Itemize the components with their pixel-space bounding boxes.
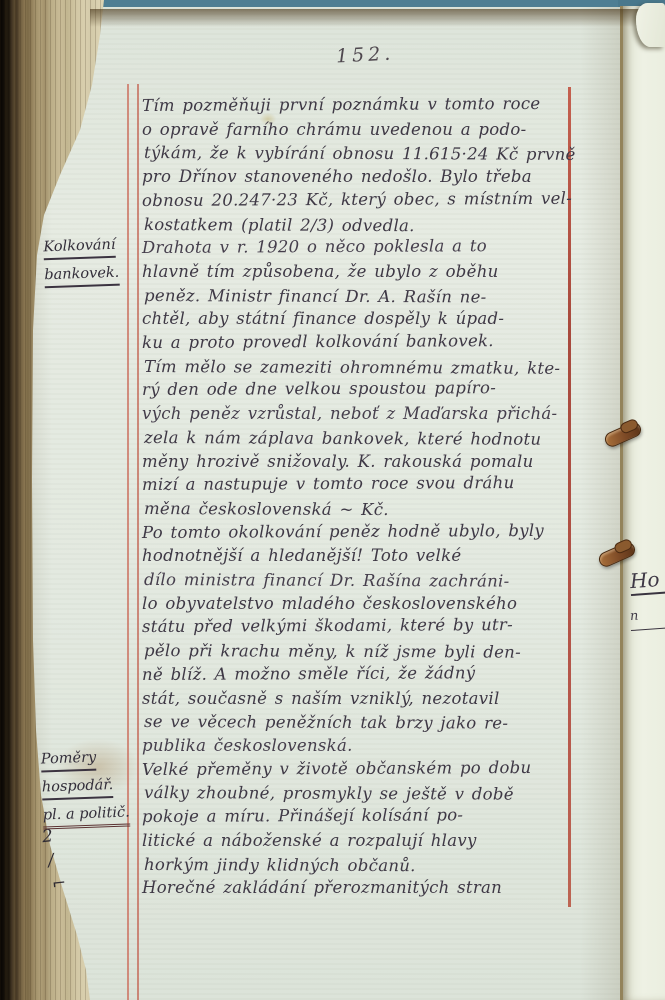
handwritten-line: stát, současně s naším vzniklý, nezotavi…: [142, 687, 568, 711]
scanned-chronicle-photo: 2∕⌐ Hon 152. Kolkováníbankovek. Poměryho…: [0, 0, 665, 1000]
handwritten-line: horkým jindy klidných občanů.: [144, 853, 568, 879]
handwritten-line: hodnotnější a hledanější! Toto velké: [142, 544, 568, 568]
page-top-edge-shadow: [90, 9, 665, 27]
handwritten-line: měny hrozivě snižovaly. K. rakouská poma…: [142, 450, 568, 474]
next-page-margin-note-fragment: Hon: [630, 566, 665, 637]
handwriting-block: Tím pozměňuji první poznámku v tomto roc…: [142, 94, 568, 900]
margin-note-line: hospodář.: [42, 775, 114, 800]
handwritten-line: chtěl, aby státní finance dospěly k úpad…: [142, 307, 568, 331]
note-fragment-line: Ho: [630, 566, 665, 596]
margin-note-line: bankovek.: [44, 263, 120, 289]
handwritten-line: vých peněz vzrůstal, neboť z Maďarska př…: [142, 402, 568, 426]
margin-note-pomery-hospodarske: Poměryhospodář.pl. a politič.: [41, 747, 131, 835]
previous-page-ink-marks: 2∕⌐: [42, 824, 66, 896]
page-corner-curl: [636, 3, 665, 47]
margin-note-kolkovani-bankovek: Kolkováníbankovek.: [43, 235, 120, 294]
edge-mark: ∕: [47, 847, 68, 873]
handwritten-line: pro Dřínov stanoveného nedošlo. Bylo tře…: [142, 165, 568, 189]
left-margin-rule: [127, 84, 139, 1000]
handwritten-line: publika československá.: [142, 734, 568, 758]
handwritten-line: Horečné zakládání přerozmanitých stran: [142, 876, 568, 900]
handwritten-line: dílo ministra financí Dr. Rašína zachrán…: [144, 568, 568, 594]
margin-note-line: Kolkování: [43, 235, 116, 261]
margin-note-line: pl. a politič.: [42, 802, 130, 829]
handwritten-line: lo obyvatelstvo mladého československého: [142, 592, 568, 616]
handwritten-line: hlavně tím způsobena, že ubylo z oběhu: [142, 260, 568, 284]
handwritten-line: ně blíž. A možno směle říci, že žádný: [142, 661, 568, 687]
page-number: 152.: [335, 42, 394, 67]
handwritten-line: se ve věcech peněžních tak brzy jako re-: [144, 710, 568, 736]
handwritten-line: litické a náboženské a rozpalují hlavy: [142, 829, 568, 853]
handwritten-line: Po tomto okolkování peněz hodně ubylo, b…: [142, 518, 568, 544]
handwritten-line: Tím pozměňuji první poznámku v tomto roc…: [142, 92, 568, 118]
margin-note-line: Poměry: [41, 748, 97, 773]
handwritten-line: ku a proto provedl kolkování bankovek.: [142, 329, 568, 355]
handwritten-line: rý den ode dne velkou spoustou papíro-: [142, 376, 568, 402]
handwritten-line: mizí a nastupuje v tomto roce svou dráhu: [142, 471, 568, 497]
next-page-edge: [620, 6, 665, 1000]
note-fragment-line: n: [630, 600, 665, 631]
handwritten-line: Velké přeměny v životě občanském po dobu: [142, 755, 568, 781]
right-margin-rule: [568, 87, 571, 907]
handwritten-line: státu před velkými škodami, které by utr…: [142, 613, 568, 639]
handwritten-line: pokoje a míru. Přinášejí kolísání po-: [142, 803, 568, 829]
edge-mark: ⌐: [51, 871, 68, 896]
handwritten-line: obnosu 20.247·23 Kč, který obec, s místn…: [142, 187, 568, 213]
handwritten-line: týkám, že k vybírání obnosu 11.615·24 Kč…: [144, 141, 568, 167]
handwritten-line: peněz. Ministr financí Dr. A. Rašín ne-: [144, 284, 568, 310]
handwritten-line: zela k nám záplava bankovek, které hodno…: [144, 426, 568, 452]
handwritten-line: Drahota v r. 1920 o něco poklesla a to: [142, 234, 568, 260]
handwritten-line: o opravě farního chrámu uvedenou a podo-: [142, 118, 568, 142]
